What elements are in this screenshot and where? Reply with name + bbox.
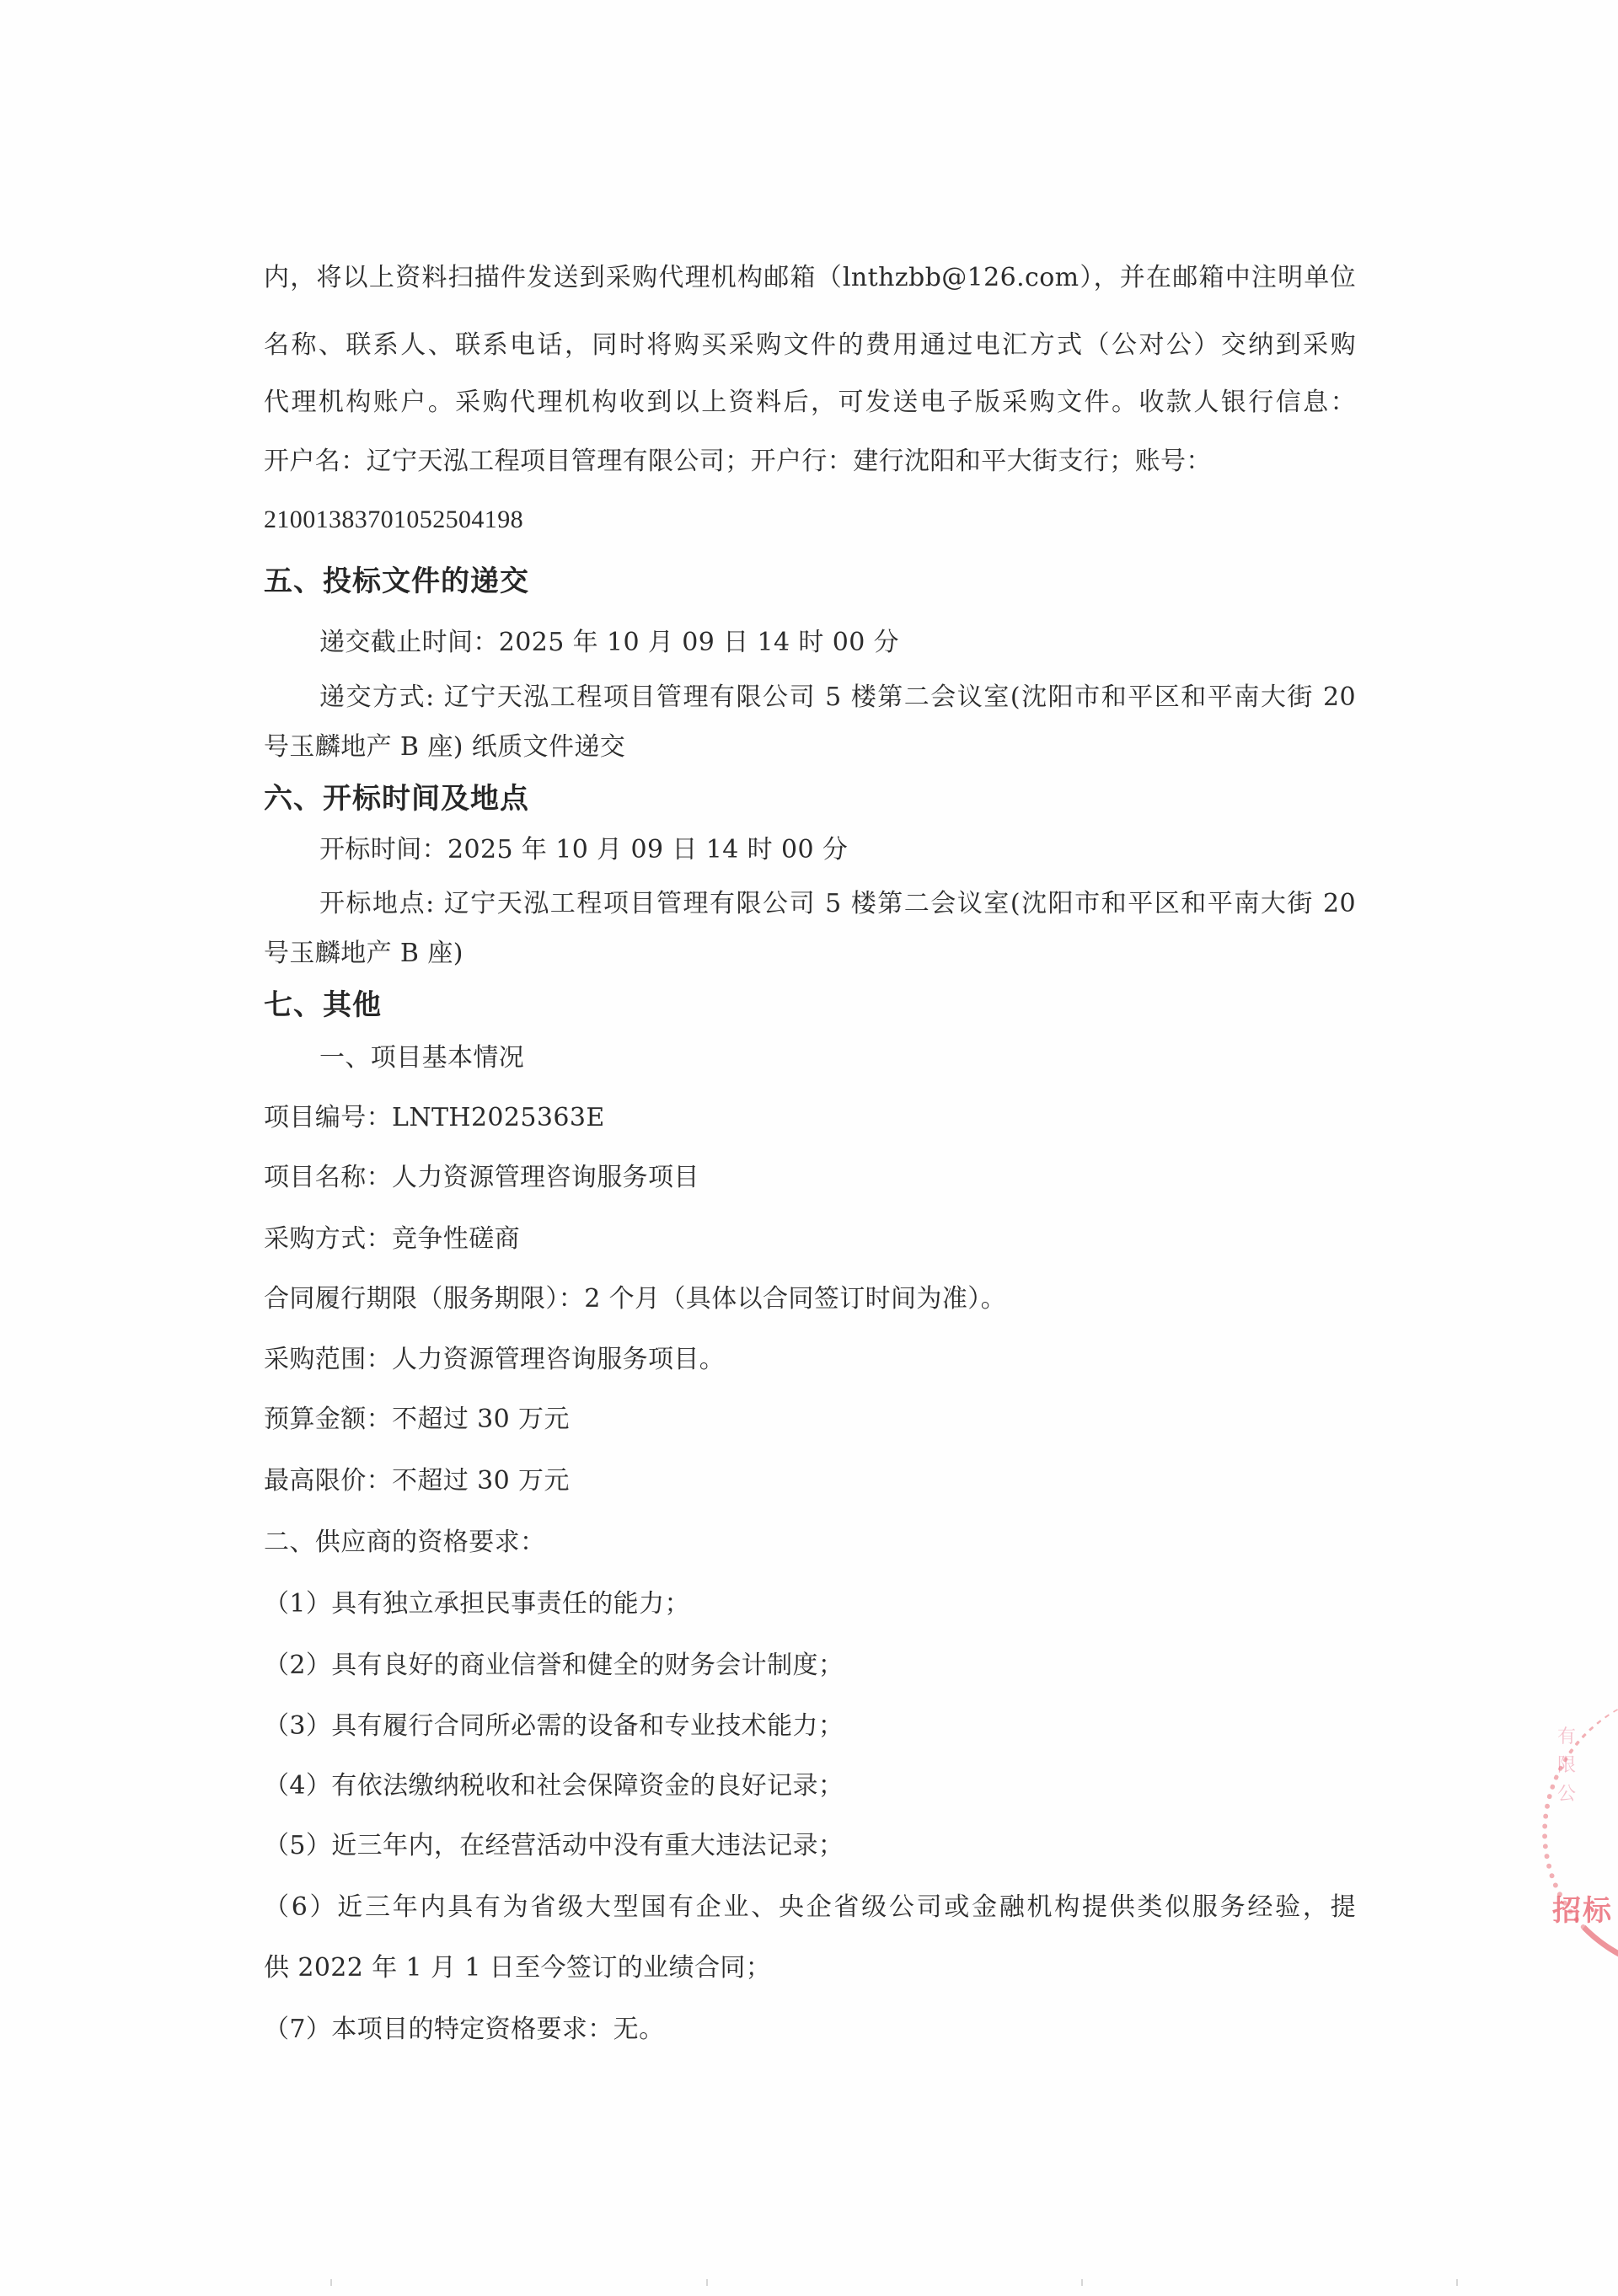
scan-speck: [330, 2279, 332, 2286]
intro-line-3: 代理机构账户。采购代理机构收到以上资料后，可发送电子版采购文件。收款人银行信息：: [264, 386, 1356, 420]
requirement-5: （5）近三年内，在经营活动中没有重大违法记录；: [264, 1829, 1359, 1863]
scan-speck: [1456, 2279, 1458, 2286]
requirement-6-line-1: （6）近三年内具有为省级大型国有企业、央企省级公司或金融机构提供类似服务经验，提: [264, 1891, 1356, 1924]
project-basic-info-title: 一、项目基本情况: [319, 1041, 1359, 1075]
supplier-qualification-title: 二、供应商的资格要求：: [264, 1526, 1359, 1560]
bank-info-line: 开户名：辽宁天泓工程项目管理有限公司；开户行：建行沈阳和平大街支行；账号：: [264, 445, 1359, 479]
section-5-heading: 五、投标文件的递交: [264, 565, 1359, 598]
intro-line-1: 内，将以上资料扫描件发送到采购代理机构邮箱（lnthzbb@126.com），并…: [264, 261, 1356, 295]
budget-amount: 预算金额：不超过 30 万元: [264, 1403, 1359, 1437]
requirement-1: （1）具有独立承担民事责任的能力；: [264, 1587, 1359, 1621]
section-6-heading: 六、开标时间及地点: [264, 782, 1359, 816]
scanned-document-page: 内，将以上资料扫描件发送到采购代理机构邮箱（lnthzbb@126.com），并…: [0, 0, 1618, 2296]
section-7-heading: 七、其他: [264, 988, 1359, 1022]
project-name: 项目名称：人力资源管理咨询服务项目: [264, 1161, 1359, 1195]
submission-method-line-2: 号玉麟地产 B 座) 纸质文件递交: [264, 731, 1359, 764]
seal-text: 招标: [1552, 1887, 1613, 1929]
requirement-3: （3）具有履行合同所必需的设备和专业技术能力；: [264, 1710, 1359, 1743]
seal-faded-text: 有 限 公: [1557, 1723, 1591, 1809]
max-price: 最高限价：不超过 30 万元: [264, 1464, 1359, 1498]
requirement-4: （4）有依法缴纳税收和社会保障资金的良好记录；: [264, 1769, 1359, 1803]
intro-line-2: 名称、联系人、联系电话，同时将购买采购文件的费用通过电汇方式（公对公）交纳到采购: [264, 329, 1356, 362]
requirement-6-line-2: 供 2022 年 1 月 1 日至今签订的业绩合同；: [264, 1951, 1359, 1985]
company-seal-stamp: 有 限 公 招标: [1542, 1689, 1618, 1976]
requirement-7: （7）本项目的特定资格要求：无。: [264, 2013, 1359, 2047]
submission-method-line-1: 递交方式: 辽宁天泓工程项目管理有限公司 5 楼第二会议室(沈阳市和平区和平南大…: [319, 681, 1356, 714]
opening-place-line-2: 号玉麟地产 B 座): [264, 937, 1359, 971]
account-number: 21001383701052504198: [264, 503, 1359, 537]
scan-speck: [1081, 2279, 1083, 2286]
procurement-scope: 采购范围：人力资源管理咨询服务项目。: [264, 1343, 1359, 1377]
submission-deadline: 递交截止时间：2025 年 10 月 09 日 14 时 00 分: [319, 626, 1359, 660]
opening-time: 开标时间：2025 年 10 月 09 日 14 时 00 分: [319, 833, 1359, 867]
requirement-2: （2）具有良好的商业信誉和健全的财务会计制度；: [264, 1649, 1359, 1683]
scan-speck: [706, 2279, 708, 2286]
procurement-method: 采购方式：竞争性磋商: [264, 1223, 1359, 1256]
contract-period: 合同履行期限（服务期限）：2 个月（具体以合同签订时间为准）。: [264, 1282, 1359, 1316]
project-number: 项目编号：LNTH2025363E: [264, 1101, 1359, 1135]
opening-place-line-1: 开标地点: 辽宁天泓工程项目管理有限公司 5 楼第二会议室(沈阳市和平区和平南大…: [319, 887, 1356, 921]
